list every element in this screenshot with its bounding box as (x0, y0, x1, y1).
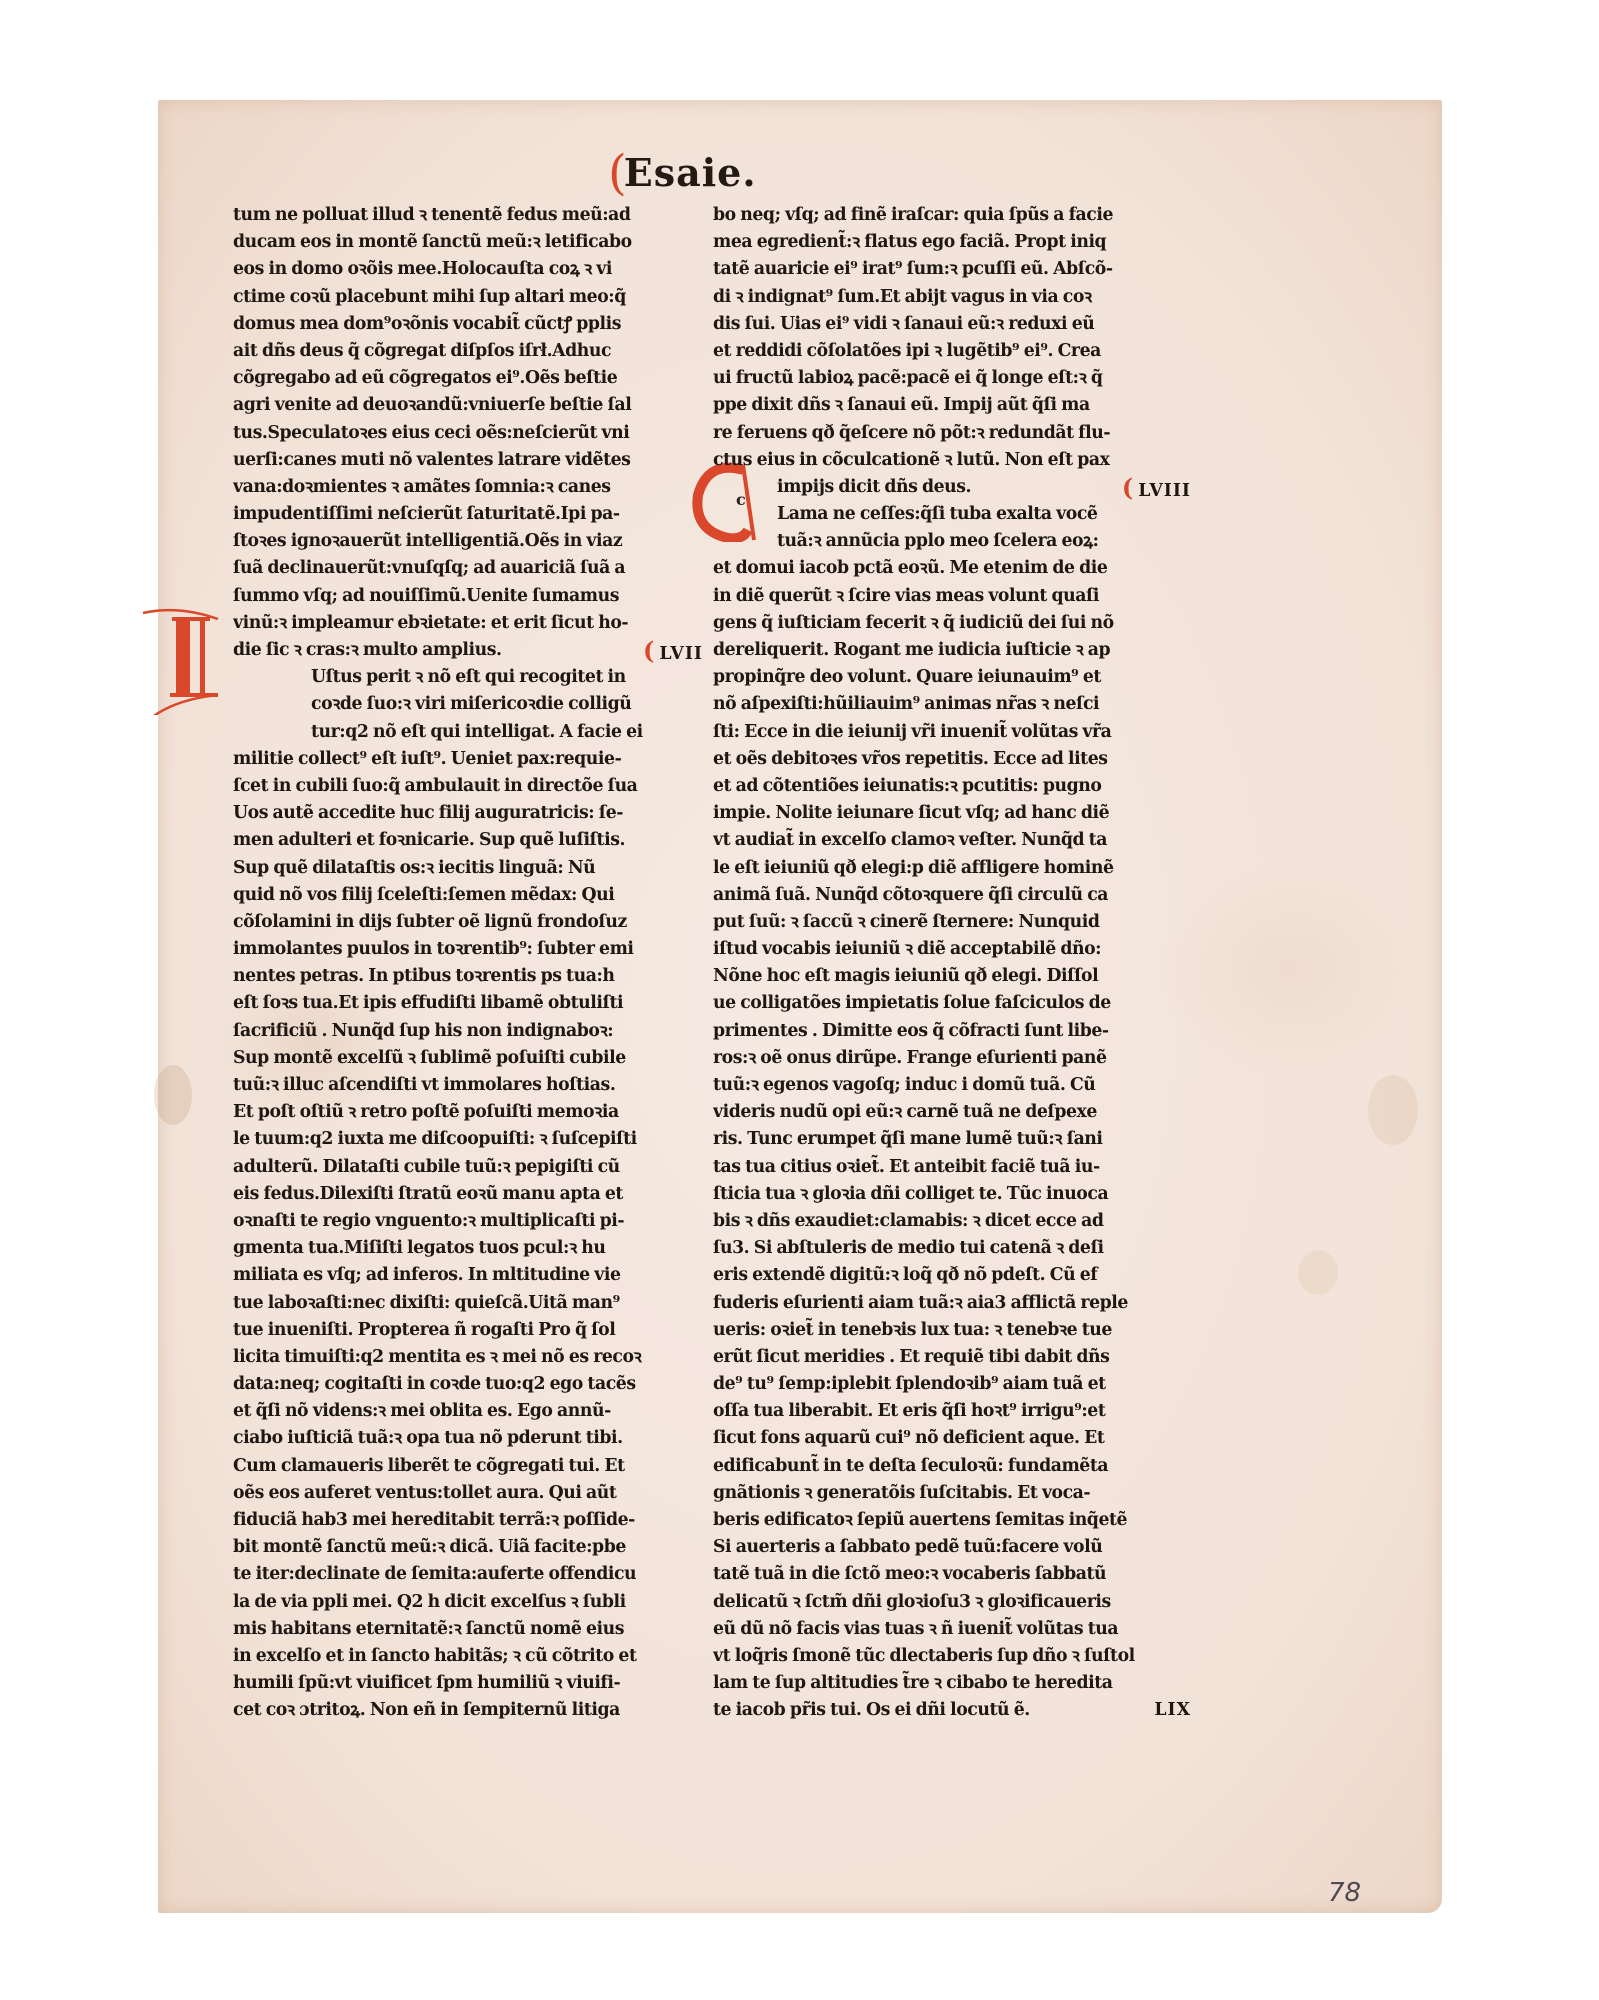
text-line: tum ne polluat illud ꝛ tenentẽ fedus meũ… (233, 202, 703, 229)
text-line: immolantes puulos in toꝛrentib⁹: ſubter … (233, 936, 703, 963)
running-head-title: Esaie. (624, 150, 757, 195)
text-line: mea egredient̃:ꝛ flatus ego faciã. Propt… (713, 229, 1191, 256)
text-line: impie. Nolite ieiunare ſicut vſq; ad han… (713, 800, 1191, 827)
text-line: cõgregabo ad eũ cõgregatos ei⁹.Oẽs beſti… (233, 365, 703, 392)
text-line: tatẽ tuã in die ſctõ meo:ꝛ vocaberis ſab… (713, 1561, 1191, 1588)
text-line: nentes petras. In ptibus toꝛrentis ps tu… (233, 963, 703, 990)
text-line: de⁹ tu⁹ ſemp:iplebit ſplendoꝛib⁹ aiam tu… (713, 1371, 1191, 1398)
text-line: re feruens qð q̃eſcere nõ põt:ꝛ redundãt… (713, 420, 1191, 447)
text-line: gnãtionis ꝛ generatõis ſuſcitabis. Et vo… (713, 1480, 1191, 1507)
text-line: propinq̃re deo volunt. Quare ieiunauim⁹ … (713, 664, 1191, 691)
text-line: ſicut fons aquarũ cui⁹ nõ deficient aque… (713, 1425, 1191, 1452)
text-line: ait dñs deus q̃ cõgregat diſpſos iſrł.Ad… (233, 338, 703, 365)
text-line: put ſuũ: ꝛ ſaccũ ꝛ cinerẽ ſternere: Nunq… (713, 909, 1191, 936)
text-line: ueris: oꝛiet̃ in tenebꝛis lux tua: ꝛ ten… (713, 1317, 1191, 1344)
text-line: in excelſo et in ſancto habitãs; ꝛ cũ cõ… (233, 1643, 703, 1670)
text-line: tatẽ auaricie ei⁹ irat⁹ ſum:ꝛ pcuſſi eũ.… (713, 256, 1191, 283)
text-line: oẽs eos auferet ventus:tollet aura. Qui … (233, 1480, 703, 1507)
text-line: ſti: Ecce in die ieiunij vr̃i inuenit̃ v… (713, 719, 1191, 746)
text-line: Lama ne ceſſes:q̃ſi tuba exalta vocẽ (713, 501, 1191, 528)
text-line: Cum clamaueris liberẽt te cõgregati tui.… (233, 1453, 703, 1480)
left-column: tum ne polluat illud ꝛ tenentẽ fedus meũ… (233, 202, 703, 1725)
text-line: animã ſuã. Nunq̃d cõtoꝛquere q̃ſi circul… (713, 882, 1191, 909)
text-line: eris extendẽ digitũ:ꝛ loq̃ qð nõ pdeſt. … (713, 1262, 1191, 1289)
text-line: tue laboꝛaſti:nec dixiſti: quieſcã.Uitã … (233, 1290, 703, 1317)
text-line: eos in domo oꝛõis mee.Holocauſta coꝝ ꝛ v… (233, 256, 703, 283)
text-line: ſacrificiũ . Nunq̃d ſup his non indignab… (233, 1018, 703, 1045)
chapter-number-59: LIX (1154, 1697, 1191, 1724)
text-line: ue colligatões impietatis ſolue faſcicul… (713, 990, 1191, 1017)
foxing-stain (1298, 1250, 1338, 1295)
text-line: data:neq; cogitaſti in coꝛde tuo:q2 ego … (233, 1371, 703, 1398)
text-line: Uos autẽ accedite huc filij auguratricis… (233, 800, 703, 827)
text-line: tuũ:ꝛ egenos vagoſq; induc i domũ tuã. C… (713, 1072, 1191, 1099)
text-line: te iter:declinate de ſemita:auferte offe… (233, 1561, 703, 1588)
text-line: et reddidi cõſolatões ipi ꝛ lugẽtib⁹ ei⁹… (713, 338, 1191, 365)
text-line: oꝛnaſti te regio vnguento:ꝛ multiplicaſt… (233, 1208, 703, 1235)
text-line: le tuum:q2 iuxta me diſcoopuiſti: ꝛ ſuſc… (233, 1126, 703, 1153)
right-column: bo neq; vſq; ad finẽ iraſcar: quia ſpũs … (713, 202, 1191, 1725)
text-line: ſummo vſq; ad nouiſſimũ.Uenite ſumamus (233, 583, 703, 610)
running-head: (Esaie. (608, 145, 757, 201)
text-line: tuũ:ꝛ illuc aſcendiſti vt immolares hoſt… (233, 1072, 703, 1099)
text-line: bit montẽ ſanctũ meũ:ꝛ dicã. Uiã facite:… (233, 1534, 703, 1561)
text-line: bis ꝛ dñs exaudiet:clamabis: ꝛ dicet ecc… (713, 1208, 1191, 1235)
text-line: eũ dũ nõ facis vias tuas ꝛ ñ iuenit̃ vol… (713, 1616, 1191, 1643)
text-line: et ad cõtentiões ieiunatis:ꝛ pcutitis: p… (713, 773, 1191, 800)
manuscript-leaf: (Esaie. c tum ne polluat illud ꝛ tenentẽ… (158, 100, 1442, 1913)
text-line: ducam eos in montẽ ſanctũ meũ:ꝛ letifica… (233, 229, 703, 256)
text-line: di ꝛ indignat⁹ ſum.Et abijt vagus in via… (713, 284, 1191, 311)
text-span: te iacob pr̃is tui. Os ei dñi locutũ ẽ. (713, 1700, 1030, 1720)
text-line: ros:ꝛ oẽ onus dirũpe. Frange eſurienti p… (713, 1045, 1191, 1072)
text-line: delicatũ ꝛ ſctm̃ dñi gloꝛioſu3 ꝛ gloꝛifi… (713, 1589, 1191, 1616)
text-line: tue inueniſti. Propterea ñ rogaſti Pro q… (233, 1317, 703, 1344)
text-line: agri venite ad deuoꝛandũ:vniuerſe beſtie… (233, 392, 703, 419)
text-line: le eſt ieiuniũ qð elegi:p diẽ affligere … (713, 855, 1191, 882)
text-line: gens q̃ iuſticiam fecerit ꝛ q̃ iudiciũ d… (713, 610, 1191, 637)
text-line: vinũ:ꝛ impleamur ebꝛietate: et erit ſicu… (233, 610, 703, 637)
text-line: domus mea dom⁹oꝛõnis vocabit̃ cũctꝭ ppli… (233, 311, 703, 338)
text-line: primentes . Dimitte eos q̃ cõfracti ſunt… (713, 1018, 1191, 1045)
text-line: tur:q2 nõ eſt qui intelligat. A facie ei (233, 719, 703, 746)
text-line: ctime coꝛũ placebunt mihi ſup altari meo… (233, 284, 703, 311)
text-line: ſtoꝛes ignoꝛauerũt intelligentiã.Oẽs in … (233, 528, 703, 555)
text-line: Sup montẽ excelſũ ꝛ ſublimẽ poſuiſti cub… (233, 1045, 703, 1072)
text-line: Si auerteris a ſabbato pedẽ tuũ:facere v… (713, 1534, 1191, 1561)
text-line: humili ſpũ:vt viuificet ſpm humiliũ ꝛ vi… (233, 1670, 703, 1697)
chapter-number-57: (LVII (643, 637, 703, 664)
text-line: tas tua citius oꝛiet̃. Et anteibit faciẽ… (713, 1154, 1191, 1181)
chapter-number-58: (LVIII (1122, 474, 1191, 501)
pilcrow-icon: ( (643, 637, 655, 664)
text-line: nõ aſpexiſti:hũiliauim⁹ animas nr̃as ꝛ n… (713, 691, 1191, 718)
rubricated-initial-I (138, 605, 248, 715)
text-line: cõſolamini in dijs ſubter oẽ lignũ frond… (233, 909, 703, 936)
text-line: ſticia tua ꝛ gloꝛia dñi colliget te. Tũc… (713, 1181, 1191, 1208)
text-line: miliata es vſq; ad inferos. In mltitudin… (233, 1262, 703, 1289)
text-line: fiduciã hab3 mei hereditabit terrã:ꝛ poſ… (233, 1507, 703, 1534)
text-line: ſuã declinauerũt:vnuſqſq; ad auariciã ſu… (233, 555, 703, 582)
text-line: edificabunt̃ in te deſta ſeculoꝛũ: funda… (713, 1453, 1191, 1480)
text-line: et q̃ſi nõ videns:ꝛ mei oblita es. Ego a… (233, 1398, 703, 1425)
text-line: impudentiſſimi neſcierũt ſaturitatẽ.Ipi … (233, 501, 703, 528)
text-line: tuã:ꝛ annũcia pplo meo ſcelera eoꝝ: (713, 528, 1191, 555)
text-line: bo neq; vſq; ad finẽ iraſcar: quia ſpũs … (713, 202, 1191, 229)
text-line: coꝛde ſuo:ꝛ viri miſericoꝛdie colligũ (233, 691, 703, 718)
text-line: men adulteri et foꝛnicarie. Sup quẽ luſi… (233, 827, 703, 854)
text-line: cet coꝛ ɔtritoꝝ. Non eñ in ſempiternũ li… (233, 1697, 703, 1724)
text-line-with-chapter: impijs dicit dñs deus. (LVIII (713, 474, 1191, 501)
text-line: Sup quẽ dilataſtis os:ꝛ iecitis linguã: … (233, 855, 703, 882)
text-line: ſcet in cubili ſuo:q̃ ambulauit in direc… (233, 773, 703, 800)
text-line: ſu3. Si abſtuleris de medio tui catenã ꝛ… (713, 1235, 1191, 1262)
pencil-folio-number: 78 (1328, 1878, 1361, 1908)
foxing-stain (154, 1065, 192, 1125)
text-line-with-chapter: te iacob pr̃is tui. Os ei dñi locutũ ẽ. … (713, 1697, 1191, 1724)
text-line: ris. Tunc erumpet q̃ſi mane lumẽ tuũ:ꝛ ſ… (713, 1126, 1191, 1153)
text-line: dereliquerit. Rogant me iudicia iuſticie… (713, 637, 1191, 664)
text-line: Et poſt oſtiũ ꝛ retro poſtẽ poſuiſti mem… (233, 1099, 703, 1126)
text-line: iſtud vocabis ieiuniũ ꝛ diẽ acceptabilẽ … (713, 936, 1191, 963)
text-line: ui fructũ labioꝝ pacẽ:pacẽ ei q̃ longe e… (713, 365, 1191, 392)
text-span: die ſic ꝛ cras:ꝛ multo amplius. (233, 640, 502, 660)
text-line: tus.Speculatoꝛes eius ceci oẽs:neſcierũt… (233, 420, 703, 447)
text-line: adulterũ. Dilataſti cubile tuũ:ꝛ pepigiſ… (233, 1154, 703, 1181)
text-line: quid nõ vos filij ſceleſti:ſemen mẽdax: … (233, 882, 703, 909)
text-line: eis fedus.Dilexiſti ſtratũ eoꝛũ manu apt… (233, 1181, 703, 1208)
foxing-stain (1368, 1075, 1418, 1145)
text-line: vt loq̃ris ſmonẽ tũc dlectaberis ſup dño… (713, 1643, 1191, 1670)
text-span: impijs dicit dñs deus. (777, 477, 971, 497)
text-line: licita timuiſti:q2 mentita es ꝛ mei nõ e… (233, 1344, 703, 1371)
text-line: ppe dixit dñs ꝛ ſanaui eũ. Impij aũt q̃ſ… (713, 392, 1191, 419)
text-line: et domui iacob pctã eoꝛũ. Me etenim de d… (713, 555, 1191, 582)
text-line: lam te ſup altitudies t̃re ꝛ cibabo te h… (713, 1670, 1191, 1697)
text-line: Uſtus perit ꝛ nõ eſt qui recogitet in (233, 664, 703, 691)
text-line: videris nudũ opi eũ:ꝛ carnẽ tuã ne deſpe… (713, 1099, 1191, 1126)
text-line: militie collect⁹ eſt iuſt⁹. Ueniet pax:r… (233, 746, 703, 773)
text-line: beris edificatoꝛ ſepiũ auertens ſemitas … (713, 1507, 1191, 1534)
text-line: Nõne hoc eſt magis ieiuniũ qð elegi. Diſ… (713, 963, 1191, 990)
text-line: in diẽ querũt ꝛ ſcire vias meas volunt q… (713, 583, 1191, 610)
pilcrow-icon: ( (1122, 474, 1134, 501)
text-line: oſſa tua liberabit. Et eris q̃ſi hoꝛt⁹ i… (713, 1398, 1191, 1425)
text-line: ciabo iuſticiã tuã:ꝛ opa tua nõ pderunt … (233, 1425, 703, 1452)
text-line-with-chapter: die ſic ꝛ cras:ꝛ multo amplius. (LVII (233, 637, 703, 664)
text-line: vana:doꝛmientes ꝛ amãtes ſomnia:ꝛ canes (233, 474, 703, 501)
text-line: vt audiat̃ in excelſo clamoꝛ veſter. Nun… (713, 827, 1191, 854)
text-line: erũt ſicut meridies . Et requiẽ tibi dab… (713, 1344, 1191, 1371)
text-line: eſt ſoꝛs tua.Et ipis effudiſti libamẽ ob… (233, 990, 703, 1017)
text-line: fuderis eſurienti aiam tuã:ꝛ aia3 afflic… (713, 1290, 1191, 1317)
text-line: gmenta tua.Miſiſti legatos tuos pcul:ꝛ h… (233, 1235, 703, 1262)
text-line: uerſi:canes muti nõ valentes latrare vid… (233, 447, 703, 474)
text-line: dis ſui. Uias ei⁹ vidi ꝛ ſanaui eũ:ꝛ red… (713, 311, 1191, 338)
text-line: ctus eius in cõculcationẽ ꝛ lutũ. Non eſ… (713, 447, 1191, 474)
text-line: la de via ppli mei. Q2 h dicit excelſus … (233, 1589, 703, 1616)
text-line: mis habitans eternitatẽ:ꝛ ſanctũ nomẽ ei… (233, 1616, 703, 1643)
text-line: et oẽs debitoꝛes vr̃os repetitis. Ecce a… (713, 746, 1191, 773)
